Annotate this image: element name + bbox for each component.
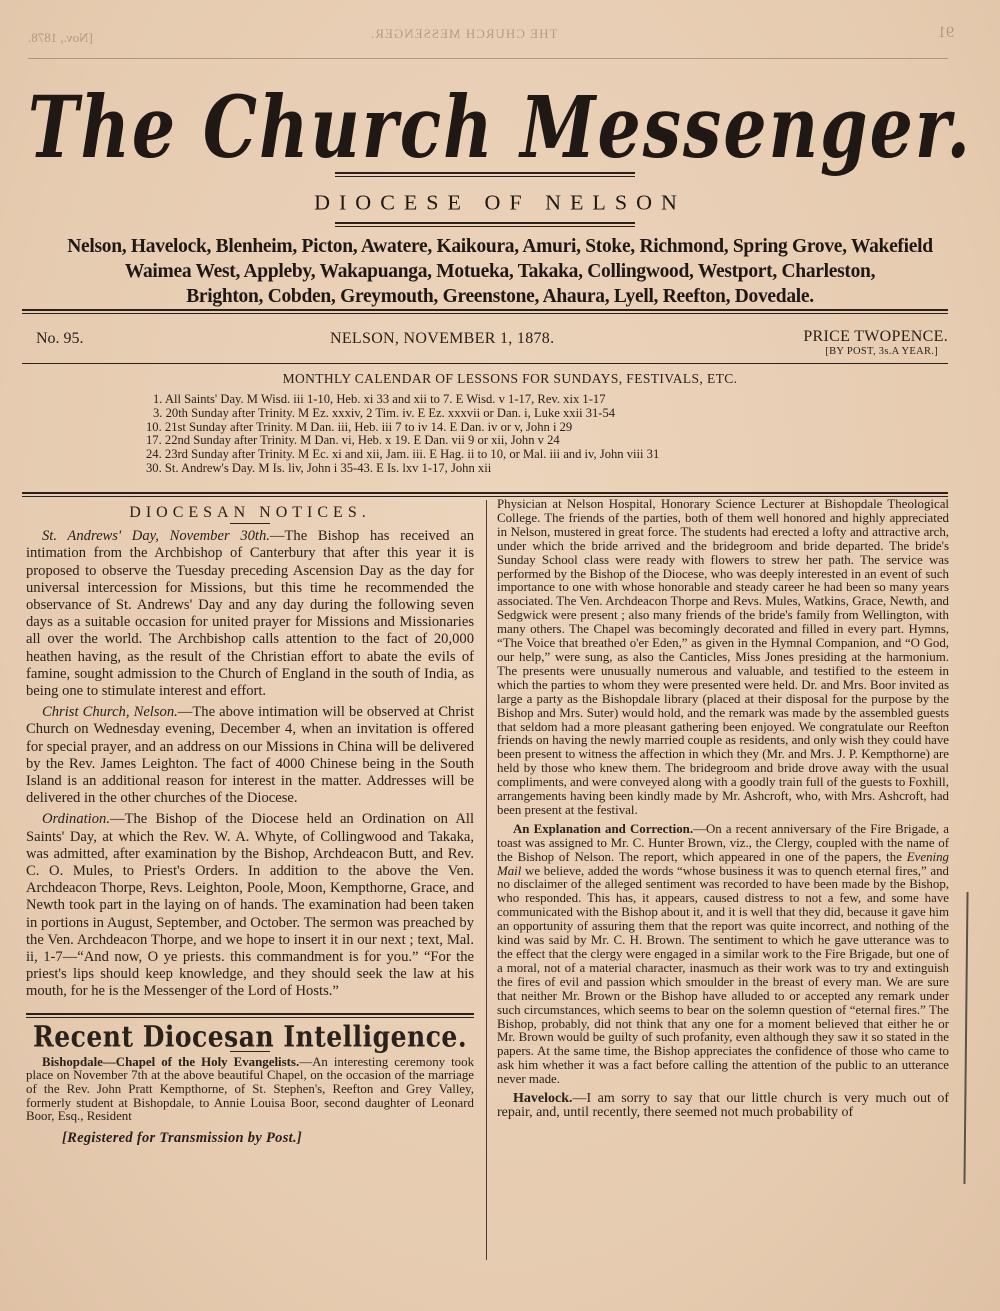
bishopdale-paragraph: Bishopdale—Chapel of the Holy Evangelist… — [26, 1056, 474, 1124]
calendar-entry: 1. All Saints' Day. M Wisd. iii 1-10, He… — [146, 393, 1000, 407]
notices-title: DIOCESAN NOTICES. — [26, 504, 474, 521]
notice-body: —The Bishop of the Diocese held an Ordin… — [26, 811, 474, 999]
bleed-through-rule — [28, 58, 948, 59]
notice-heading: Ordination. — [42, 811, 110, 827]
right-column: Physician at Nelson Hospital, Honorary S… — [497, 498, 949, 1125]
lesson-calendar: MONTHLY CALENDAR OF LESSONS FOR SUNDAYS,… — [0, 371, 1000, 476]
explanation-heading: An Explanation and Correction. — [513, 822, 693, 836]
issue-price: PRICE TWOPENCE. [BY POST, 3s.A YEAR.] — [803, 328, 948, 357]
bleed-through-title: THE CHURCH MESSENGER. — [370, 26, 558, 42]
explanation-body-cont: we believe, added the words “whose busin… — [497, 864, 949, 1087]
intelligence-title: Recent Diocesan Intelligence. — [26, 1026, 474, 1046]
margin-pencil-mark — [963, 892, 968, 1184]
newspaper-page: [Nov., 1878. THE CHURCH MESSENGER. 91 Th… — [0, 0, 1000, 1311]
calendar-entry: 30. St. Andrew's Day. M Is. liv, John i … — [146, 462, 1000, 476]
registered-notice: [Registered for Transmission by Post.] — [62, 1130, 474, 1147]
havelock-paragraph: Havelock.—I am sorry to say that our lit… — [497, 1092, 949, 1120]
notice-paragraph: Christ Church, Nelson.—The above intimat… — [26, 704, 474, 807]
issue-info-row: No. 95. NELSON, NOVEMBER 1, 1878. PRICE … — [22, 326, 948, 362]
masthead-rule-top — [335, 172, 635, 177]
diocese-heading: DIOCESE OF NELSON — [0, 191, 1000, 216]
calendar-entry: 10. 21st Sunday after Trinity. M Dan. ii… — [146, 421, 1000, 435]
bleed-through-header: [Nov., 1878. THE CHURCH MESSENGER. 91 — [0, 20, 1000, 50]
havelock-heading: Havelock. — [513, 1091, 573, 1106]
notice-paragraph: Ordination.—The Bishop of the Diocese he… — [26, 811, 474, 1000]
issue-rule-top — [22, 309, 948, 314]
post-price-text: [BY POST, 3s.A YEAR.] — [803, 346, 938, 357]
masthead-rule-bottom — [335, 222, 635, 227]
notice-heading: St. Andrews' Day, November 30th. — [42, 528, 270, 544]
bishopdale-continued: Physician at Nelson Hospital, Honorary S… — [497, 498, 949, 818]
bleed-through-page-number: 91 — [938, 24, 954, 42]
issue-dateline: NELSON, NOVEMBER 1, 1878. — [330, 330, 554, 348]
bleed-through-date-tag: [Nov., 1878. — [28, 30, 93, 46]
explanation-paragraph: An Explanation and Correction.—On a rece… — [497, 823, 949, 1087]
calendar-entry: 17. 22nd Sunday after Trinity. M Dan. vi… — [146, 434, 1000, 448]
parish-line: Waimea West, Appleby, Wakapuanga, Motuek… — [0, 259, 1000, 284]
notice-body: —The Bishop has received an intimation f… — [26, 528, 474, 699]
parish-list: Nelson, Havelock, Blenheim, Picton, Awat… — [0, 234, 1000, 309]
bishopdale-heading: Bishopdale—Chapel of the Holy Evangelist… — [42, 1055, 299, 1069]
notice-heading: Christ Church, Nelson. — [42, 704, 178, 720]
calendar-entries: 1. All Saints' Day. M Wisd. iii 1-10, He… — [146, 393, 1000, 476]
calendar-title: MONTHLY CALENDAR OF LESSONS FOR SUNDAYS,… — [20, 371, 1000, 387]
issue-rule-bottom — [22, 363, 948, 364]
calendar-entry: 24. 23rd Sunday after Trinity. M Ec. xi … — [146, 448, 1000, 462]
parish-line: Brighton, Cobden, Greymouth, Greenstone,… — [0, 284, 1000, 309]
masthead-title: The Church Messenger. — [0, 78, 1000, 178]
notice-paragraph: St. Andrews' Day, November 30th.—The Bis… — [26, 528, 474, 700]
issue-number: No. 95. — [36, 330, 84, 348]
left-column: DIOCESAN NOTICES. St. Andrews' Day, Nove… — [26, 500, 474, 1147]
price-text: PRICE TWOPENCE. — [803, 328, 948, 345]
masthead-title-text: The Church Messenger. — [28, 78, 972, 178]
column-divider — [486, 500, 487, 1260]
section-rule — [26, 1013, 474, 1018]
parish-line: Nelson, Havelock, Blenheim, Picton, Awat… — [0, 234, 1000, 259]
calendar-entry: 3. 20th Sunday after Trinity. M Ez. xxxi… — [146, 407, 1000, 421]
notices-title-rule — [230, 523, 270, 524]
